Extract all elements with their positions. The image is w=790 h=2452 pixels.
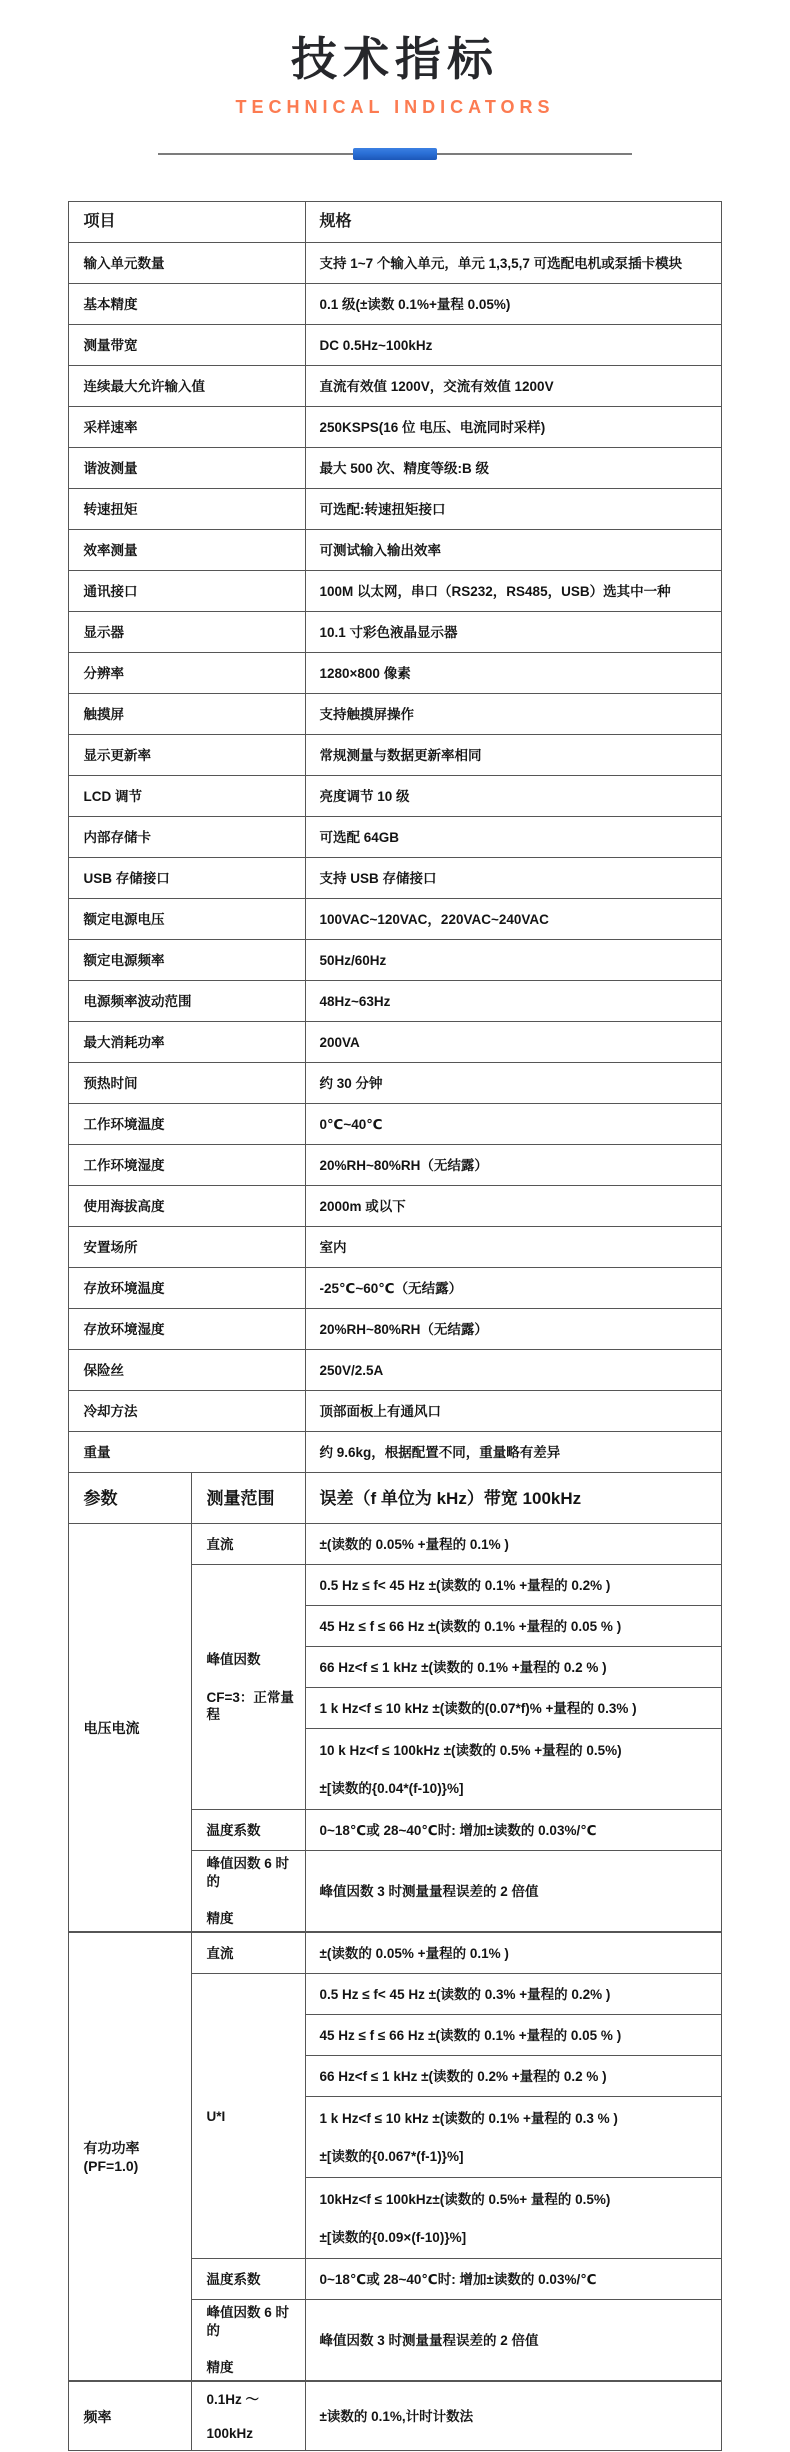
spec-value-cell: 约 9.6kg，根据配置不同，重量略有差异 xyxy=(305,1431,721,1472)
page-title: 技术指标 xyxy=(0,34,790,85)
vc-f3-error-cell: 66 Hz<f ≤ 1 kHz ±(读数的 0.1% +量程的 0.2 % ) xyxy=(305,1646,721,1687)
spec-item-cell: 重量 xyxy=(69,1431,305,1472)
spec-item-cell: 最大消耗功率 xyxy=(69,1021,305,1062)
spec-row: 基本精度 0.1 级(±读数 0.1%+量程 0.05%) xyxy=(69,283,721,324)
spec-sheet: 技术指标 TECHNICAL INDICATORS 项目 规格 输入单元数量 支… xyxy=(0,0,790,2451)
spec-row: 采样速率 250KSPS(16 位 电压、电流同时采样) xyxy=(69,406,721,447)
spec-value-cell: 20%RH~80%RH（无结露） xyxy=(305,1144,721,1185)
spec-value-cell: -25℃~60℃（无结露） xyxy=(305,1267,721,1308)
spec-item-cell: 内部存储卡 xyxy=(69,816,305,857)
vc-f5-error-line2: ±[读数的{0.04*(f-10)}%] xyxy=(320,1780,711,1798)
spec-value-cell: 2000m 或以下 xyxy=(305,1185,721,1226)
vc-cf6-range-line2: 精度 xyxy=(206,1910,294,1928)
spec-row: 显示更新率 常规测量与数据更新率相同 xyxy=(69,734,721,775)
col-header-range: 测量范围 xyxy=(192,1472,305,1523)
power-temp-error-cell: 0~18℃或 28~40℃时: 增加±读数的 0.03%/℃ xyxy=(305,2258,721,2299)
spec-item-cell: 工作环境湿度 xyxy=(69,1144,305,1185)
freq-error-cell: ±读数的 0.1%,计时计数法 xyxy=(305,2381,721,2451)
spec-value-cell: 常规测量与数据更新率相同 xyxy=(305,734,721,775)
section-divider xyxy=(158,148,632,161)
vc-group-cell: 电压电流 xyxy=(69,1523,192,1932)
vc-cf6-error-cell: 峰值因数 3 时测量量程误差的 2 倍值 xyxy=(305,1850,721,1932)
spec-item-cell: 测量带宽 xyxy=(69,324,305,365)
spec-row: 预热时间 约 30 分钟 xyxy=(69,1062,721,1103)
spec-value-cell: 支持触摸屏操作 xyxy=(305,693,721,734)
spec-value-cell: 50Hz/60Hz xyxy=(305,939,721,980)
spec-item-cell: 保险丝 xyxy=(69,1349,305,1390)
spec-row: 工作环境温度 0℃~40℃ xyxy=(69,1103,721,1144)
spec-item-cell: 使用海拔高度 xyxy=(69,1185,305,1226)
spec-row: LCD 调节 亮度调节 10 级 xyxy=(69,775,721,816)
power-dc-range-cell: 直流 xyxy=(192,1932,305,1974)
page-header: 技术指标 TECHNICAL INDICATORS xyxy=(0,0,790,161)
spec-item-cell: 采样速率 xyxy=(69,406,305,447)
spec-value-cell: 100VAC~120VAC，220VAC~240VAC xyxy=(305,898,721,939)
spec-row: 额定电源电压 100VAC~120VAC，220VAC~240VAC xyxy=(69,898,721,939)
spec-value-cell: 最大 500 次、精度等级:B 级 xyxy=(305,447,721,488)
spec-row: 存放环境温度 -25℃~60℃（无结露） xyxy=(69,1267,721,1308)
spec-value-cell: 250V/2.5A xyxy=(305,1349,721,1390)
power-group-cell: 有功功率(PF=1.0) xyxy=(69,1932,192,2381)
freq-range-line1: 0.1Hz ～ xyxy=(206,2391,294,2409)
vc-f2-error-cell: 45 Hz ≤ f ≤ 66 Hz ±(读数的 0.1% +量程的 0.05 %… xyxy=(305,1605,721,1646)
vc-temp-range-cell: 温度系数 xyxy=(192,1809,305,1850)
spec-value-cell: 亮度调节 10 级 xyxy=(305,775,721,816)
vc-crest-factor-line2: CF=3：正常量程 xyxy=(206,1689,294,1724)
vc-cf6-range-line1: 峰值因数 6 时的 xyxy=(206,1855,294,1890)
spec-item-cell: 转速扭矩 xyxy=(69,488,305,529)
spec-row: 冷却方法 顶部面板上有通风口 xyxy=(69,1390,721,1431)
spec-item-cell: 基本精度 xyxy=(69,283,305,324)
spec-row: 分辨率 1280×800 像素 xyxy=(69,652,721,693)
spec-value-cell: 48Hz~63Hz xyxy=(305,980,721,1021)
page-subtitle: TECHNICAL INDICATORS xyxy=(0,97,790,118)
spec-row: 显示器 10.1 寸彩色液晶显示器 xyxy=(69,611,721,652)
power-f5-error-line2: ±[读数的{0.09×(f-10)}%] xyxy=(320,2229,711,2247)
power-f4-error-line1: 1 k Hz<f ≤ 10 kHz ±(读数的 0.1% +量程的 0.3 % … xyxy=(320,2110,711,2128)
spec-row: 使用海拔高度 2000m 或以下 xyxy=(69,1185,721,1226)
spec-item-cell: 预热时间 xyxy=(69,1062,305,1103)
vc-temp-error-cell: 0~18℃或 28~40℃时: 增加±读数的 0.03%/℃ xyxy=(305,1809,721,1850)
spec-item-cell: 分辨率 xyxy=(69,652,305,693)
vc-f1-error-cell: 0.5 Hz ≤ f< 45 Hz ±(读数的 0.1% +量程的 0.2% ) xyxy=(305,1564,721,1605)
spec-value-cell: 支持 1~7 个输入单元，单元 1,3,5,7 可选配电机或泵插卡模块 xyxy=(305,242,721,283)
freq-range-cell: 0.1Hz ～ 100kHz xyxy=(192,2381,305,2451)
spec-row: 谐波测量 最大 500 次、精度等级:B 级 xyxy=(69,447,721,488)
spec-row: USB 存储接口 支持 USB 存储接口 xyxy=(69,857,721,898)
param-table-body: 参数 测量范围 误差（f 单位为 kHz）带宽 100kHz 电压电流 直流 ±… xyxy=(69,1472,721,2450)
spec-value-cell: 支持 USB 存储接口 xyxy=(305,857,721,898)
freq-group-cell: 频率 xyxy=(69,2381,192,2451)
spec-item-cell: 存放环境温度 xyxy=(69,1267,305,1308)
spec-item-cell: 通讯接口 xyxy=(69,570,305,611)
spec-row: 重量 约 9.6kg，根据配置不同，重量略有差异 xyxy=(69,1431,721,1472)
divider-accent-bar xyxy=(353,148,437,160)
spec-row: 测量带宽 DC 0.5Hz~100kHz xyxy=(69,324,721,365)
spec-item-cell: LCD 调节 xyxy=(69,775,305,816)
vc-dc-error-cell: ±(读数的 0.05% +量程的 0.1% ) xyxy=(305,1523,721,1564)
vc-dc-range-cell: 直流 xyxy=(192,1523,305,1564)
vc-crest-factor-cell: 峰值因数 CF=3：正常量程 xyxy=(192,1564,305,1809)
power-f5-error-cell: 10kHz<f ≤ 100kHz±(读数的 0.5%+ 量程的 0.5%) ±[… xyxy=(305,2177,721,2258)
spec-value-cell: 1280×800 像素 xyxy=(305,652,721,693)
spec-item-cell: 额定电源电压 xyxy=(69,898,305,939)
col-header-spec: 规格 xyxy=(305,201,721,242)
spec-value-cell: 直流有效值 1200V，交流有效值 1200V xyxy=(305,365,721,406)
vc-cf6-range-cell: 峰值因数 6 时的 精度 xyxy=(192,1850,305,1932)
spec-value-cell: 可选配:转速扭矩接口 xyxy=(305,488,721,529)
vc-dc-row: 电压电流 直流 ±(读数的 0.05% +量程的 0.1% ) xyxy=(69,1523,721,1564)
spec-row: 安置场所 室内 xyxy=(69,1226,721,1267)
vc-f4-error-cell: 1 k Hz<f ≤ 10 kHz ±(读数的(0.07*f)% +量程的 0.… xyxy=(305,1687,721,1728)
spec-value-cell: DC 0.5Hz~100kHz xyxy=(305,324,721,365)
vc-f5-error-cell: 10 k Hz<f ≤ 100kHz ±(读数的 0.5% +量程的 0.5%)… xyxy=(305,1728,721,1809)
spec-row: 电源频率波动范围 48Hz~63Hz xyxy=(69,980,721,1021)
spec-row: 输入单元数量 支持 1~7 个输入单元，单元 1,3,5,7 可选配电机或泵插卡… xyxy=(69,242,721,283)
col-header-param: 参数 xyxy=(69,1472,192,1523)
power-f1-error-cell: 0.5 Hz ≤ f< 45 Hz ±(读数的 0.3% +量程的 0.2% ) xyxy=(305,1973,721,2014)
spec-value-cell: 10.1 寸彩色液晶显示器 xyxy=(305,611,721,652)
spec-row: 工作环境湿度 20%RH~80%RH（无结露） xyxy=(69,1144,721,1185)
spec-item-cell: 触摸屏 xyxy=(69,693,305,734)
power-f3-error-cell: 66 Hz<f ≤ 1 kHz ±(读数的 0.2% +量程的 0.2 % ) xyxy=(305,2055,721,2096)
spec-table-head: 项目 规格 xyxy=(69,201,721,242)
spec-value-cell: 顶部面板上有通风口 xyxy=(305,1390,721,1431)
spec-item-cell: 输入单元数量 xyxy=(69,242,305,283)
spec-value-cell: 200VA xyxy=(305,1021,721,1062)
spec-item-cell: 谐波测量 xyxy=(69,447,305,488)
spec-table: 项目 规格 输入单元数量 支持 1~7 个输入单元，单元 1,3,5,7 可选配… xyxy=(68,201,721,2451)
spec-row: 触摸屏 支持触摸屏操作 xyxy=(69,693,721,734)
vc-crest-factor-line1: 峰值因数 xyxy=(206,1651,294,1669)
freq-range-line2: 100kHz xyxy=(206,2425,294,2443)
spec-item-cell: 冷却方法 xyxy=(69,1390,305,1431)
spec-value-cell: 100M 以太网，串口（RS232，RS485，USB）选其中一种 xyxy=(305,570,721,611)
spec-item-cell: 显示更新率 xyxy=(69,734,305,775)
spec-value-cell: 可测试输入输出效率 xyxy=(305,529,721,570)
vc-f5-error-line1: 10 k Hz<f ≤ 100kHz ±(读数的 0.5% +量程的 0.5%) xyxy=(320,1742,711,1760)
spec-item-cell: USB 存储接口 xyxy=(69,857,305,898)
spec-value-cell: 室内 xyxy=(305,1226,721,1267)
spec-item-cell: 额定电源频率 xyxy=(69,939,305,980)
power-ui-cell: U*I xyxy=(192,1973,305,2258)
spec-row: 额定电源频率 50Hz/60Hz xyxy=(69,939,721,980)
spec-item-cell: 存放环境湿度 xyxy=(69,1308,305,1349)
power-f4-error-cell: 1 k Hz<f ≤ 10 kHz ±(读数的 0.1% +量程的 0.3 % … xyxy=(305,2096,721,2177)
spec-item-cell: 电源频率波动范围 xyxy=(69,980,305,1021)
spec-row: 存放环境湿度 20%RH~80%RH（无结露） xyxy=(69,1308,721,1349)
col-header-error: 误差（f 单位为 kHz）带宽 100kHz xyxy=(305,1472,721,1523)
param-header-row: 参数 测量范围 误差（f 单位为 kHz）带宽 100kHz xyxy=(69,1472,721,1523)
power-temp-range-cell: 温度系数 xyxy=(192,2258,305,2299)
spec-value-cell: 约 30 分钟 xyxy=(305,1062,721,1103)
spec-row: 保险丝 250V/2.5A xyxy=(69,1349,721,1390)
spec-value-cell: 250KSPS(16 位 电压、电流同时采样) xyxy=(305,406,721,447)
spec-row: 转速扭矩 可选配:转速扭矩接口 xyxy=(69,488,721,529)
spec-row: 内部存储卡 可选配 64GB xyxy=(69,816,721,857)
spec-value-cell: 20%RH~80%RH（无结露） xyxy=(305,1308,721,1349)
power-dc-error-cell: ±(读数的 0.05% +量程的 0.1% ) xyxy=(305,1932,721,1974)
spec-value-cell: 可选配 64GB xyxy=(305,816,721,857)
spec-row: 效率测量 可测试输入输出效率 xyxy=(69,529,721,570)
power-cf6-range-line2: 精度 xyxy=(206,2359,294,2377)
power-f5-error-line1: 10kHz<f ≤ 100kHz±(读数的 0.5%+ 量程的 0.5%) xyxy=(320,2191,711,2209)
power-f4-error-line2: ±[读数的{0.067*(f-1)}%] xyxy=(320,2148,711,2166)
freq-row: 频率 0.1Hz ～ 100kHz ±读数的 0.1%,计时计数法 xyxy=(69,2381,721,2451)
power-cf6-range-line1: 峰值因数 6 时的 xyxy=(206,2304,294,2339)
spec-item-cell: 工作环境温度 xyxy=(69,1103,305,1144)
spec-value-cell: 0℃~40℃ xyxy=(305,1103,721,1144)
spec-item-cell: 显示器 xyxy=(69,611,305,652)
spec-row: 连续最大允许输入值 直流有效值 1200V，交流有效值 1200V xyxy=(69,365,721,406)
col-header-item: 项目 xyxy=(69,201,305,242)
power-cf6-range-cell: 峰值因数 6 时的 精度 xyxy=(192,2299,305,2381)
spec-table-body: 输入单元数量 支持 1~7 个输入单元，单元 1,3,5,7 可选配电机或泵插卡… xyxy=(69,242,721,1472)
power-cf6-error-cell: 峰值因数 3 时测量量程误差的 2 倍值 xyxy=(305,2299,721,2381)
spec-item-cell: 连续最大允许输入值 xyxy=(69,365,305,406)
power-dc-row: 有功功率(PF=1.0) 直流 ±(读数的 0.05% +量程的 0.1% ) xyxy=(69,1932,721,1974)
spec-row: 通讯接口 100M 以太网，串口（RS232，RS485，USB）选其中一种 xyxy=(69,570,721,611)
power-f2-error-cell: 45 Hz ≤ f ≤ 66 Hz ±(读数的 0.1% +量程的 0.05 %… xyxy=(305,2014,721,2055)
spec-item-cell: 安置场所 xyxy=(69,1226,305,1267)
spec-item-cell: 效率测量 xyxy=(69,529,305,570)
spec-value-cell: 0.1 级(±读数 0.1%+量程 0.05%) xyxy=(305,283,721,324)
spec-header-row: 项目 规格 xyxy=(69,201,721,242)
spec-row: 最大消耗功率 200VA xyxy=(69,1021,721,1062)
